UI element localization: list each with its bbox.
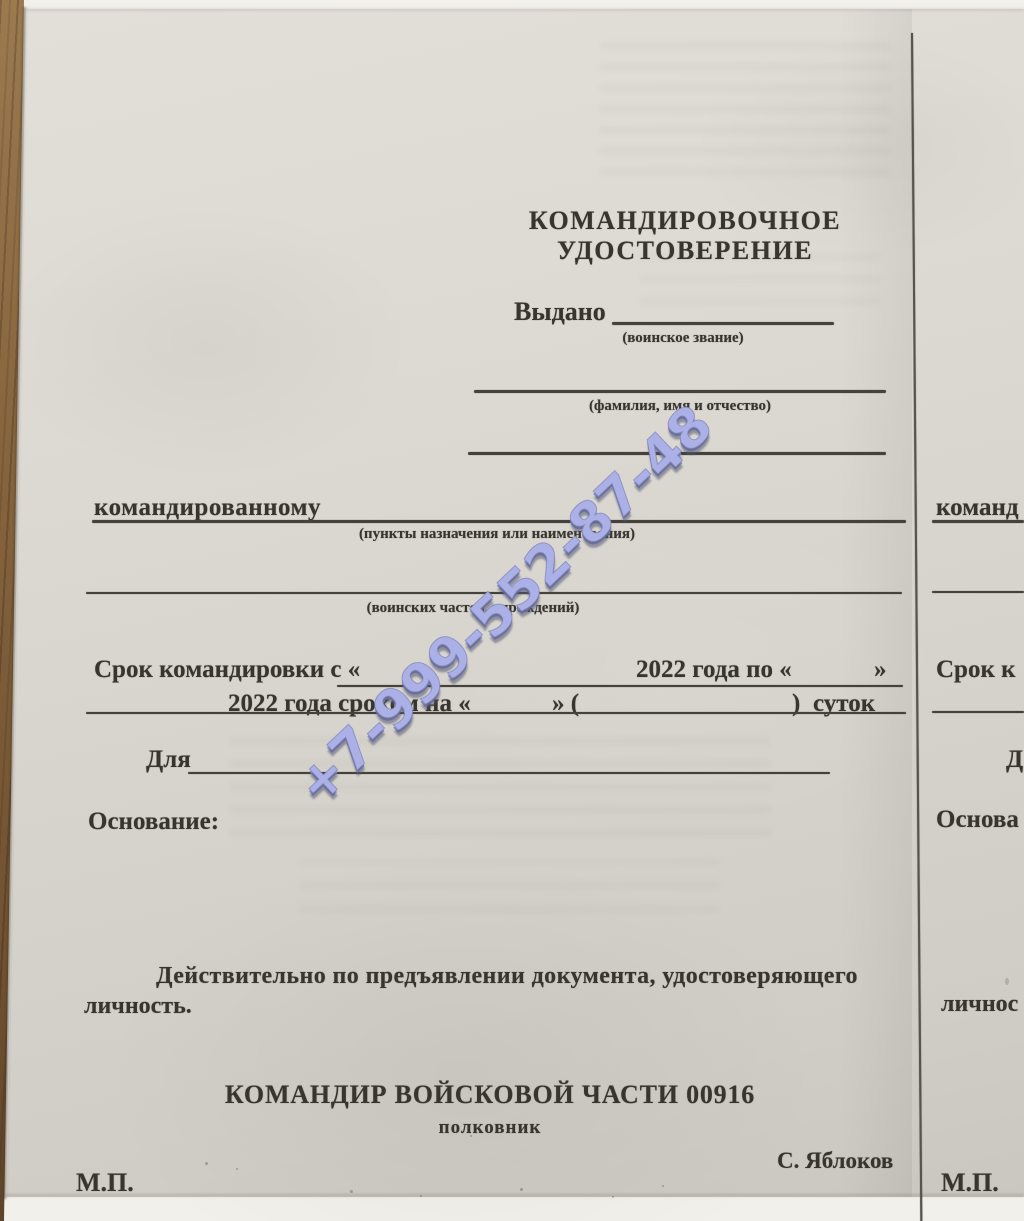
adjacent-blank-line [932, 520, 1024, 523]
for-blank-line [188, 772, 830, 774]
dust-speck [662, 1185, 664, 1187]
dust-speck [350, 1190, 353, 1193]
dust-speck [520, 1188, 523, 1191]
rank-hint: (воинское звание) [553, 330, 813, 347]
adjacent-assigned-fragment: команд [936, 494, 1019, 522]
dust-speck [420, 1195, 422, 1197]
certificate-title: КОМАНДИРОВОЧНОЕ УДОСТОВЕРЕНИЕ [390, 206, 980, 266]
ink-mark [1005, 978, 1009, 985]
validity-text-line2: личность. [84, 993, 192, 1020]
term-prefix: Срок командировки с « [94, 656, 360, 684]
adjacent-for-fragment: Д [1006, 746, 1023, 774]
stamp-label: М.П. [76, 1168, 134, 1198]
dust-speck [236, 1168, 238, 1170]
for-label: Для [146, 746, 191, 774]
issued-label: Выдано [514, 297, 606, 327]
certificate-title-line1: КОМАНДИРОВОЧНОЕ [390, 206, 980, 236]
term-year-by: 2022 года по « [636, 656, 792, 684]
certificate-title-line2: УДОСТОВЕРЕНИЕ [390, 236, 980, 266]
signature-name: С. Яблоков [777, 1148, 893, 1174]
basis-label: Основание: [88, 808, 219, 836]
dust-speck [612, 1196, 614, 1198]
assigned-label: командированному [94, 494, 321, 522]
term-row2-blank-line [86, 712, 906, 714]
adjacent-blank-line [932, 711, 1024, 713]
term-close-quote: » [874, 656, 887, 684]
validity-text-line1: Действительно по предъявлении документа,… [156, 963, 858, 990]
adjacent-blank-line [932, 591, 1024, 593]
fold-shadow [838, 9, 912, 1197]
assigned-blank-line [92, 520, 906, 523]
dust-speck [470, 1135, 472, 1137]
adjacent-basis-fragment: Основа [936, 806, 1019, 834]
commander-title: КОМАНДИР ВОЙСКОВОЙ ЧАСТИ 00916 [140, 1080, 840, 1110]
adjacent-validity-fragment: личнос [941, 991, 1018, 1018]
issued-blank-line [612, 322, 834, 325]
document-photo: КОМАНДИРОВОЧНОЕ УДОСТОВЕРЕНИЕ Выдано (во… [0, 0, 1024, 1221]
bleedthrough-smudge [300, 860, 720, 930]
adjacent-term-fragment: Срок к [936, 656, 1016, 684]
adjacent-stamp-label: М.П. [941, 1168, 999, 1198]
commander-rank: полковник [140, 1117, 840, 1139]
dust-speck [205, 1162, 208, 1165]
